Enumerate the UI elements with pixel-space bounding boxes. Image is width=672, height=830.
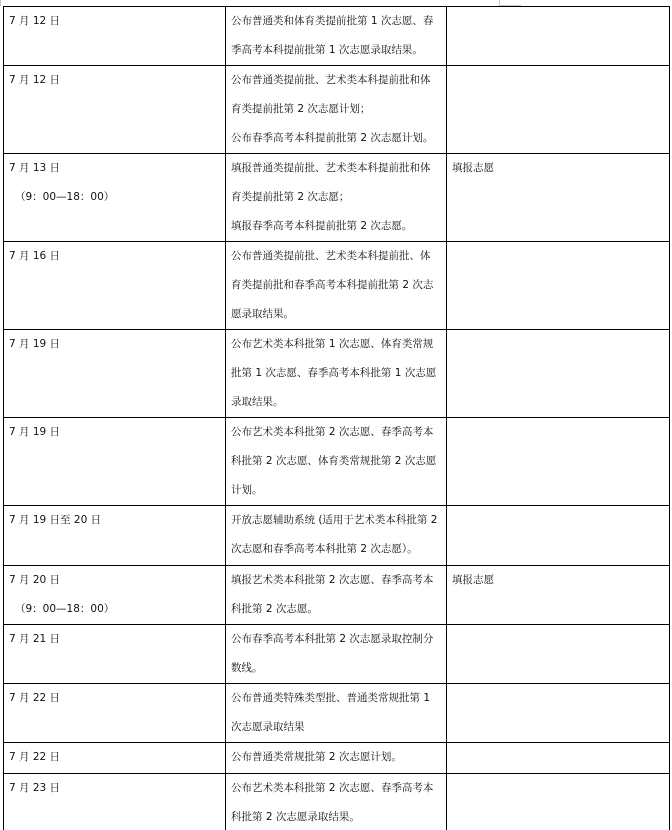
content-cell: 公布普通类常规批第 2 次志愿计划。: [226, 743, 447, 774]
note-text: 填报志愿: [452, 566, 664, 595]
date-text: 7 月 19 日: [9, 330, 220, 359]
date-cell: 7 月 23 日: [4, 774, 226, 830]
date-text: 7 月 13 日: [9, 154, 220, 183]
note-cell: [447, 330, 670, 418]
content-line: 公布艺术类本科批第 1 次志愿、体育类常规: [231, 330, 441, 359]
content-line: 公布普通类特殊类型批、普通类常规批第 1: [231, 684, 441, 713]
note-cell: [447, 506, 670, 566]
note-cell: [447, 242, 670, 330]
note-cell: [447, 743, 670, 774]
table-row: 7 月 23 日公布艺术类本科批第 2 次志愿、春季高考本科批第 2 次志愿录取…: [4, 774, 670, 830]
date-text: 7 月 12 日: [9, 66, 220, 95]
content-line: 育类提前批第 2 次志愿计划；: [231, 95, 441, 124]
table-row: 7 月 12 日公布普通类提前批、艺术类本科提前批和体育类提前批第 2 次志愿计…: [4, 66, 670, 154]
note-cell: 填报志愿: [447, 154, 670, 242]
date-text: 7 月 16 日: [9, 242, 220, 271]
content-line: 填报艺术类本科批第 2 次志愿、春季高考本: [231, 566, 441, 595]
content-line: 育类提前批和春季高考本科提前批第 2 次志: [231, 271, 441, 300]
date-text: 7 月 23 日: [9, 774, 220, 803]
table-row: 7 月 21 日公布春季高考本科批第 2 次志愿录取控制分数线。: [4, 625, 670, 684]
content-cell: 公布艺术类本科批第 2 次志愿、春季高考本科批第 2 次志愿录取结果。: [226, 774, 447, 830]
content-line: 季高考本科提前批第 1 次志愿录取结果。: [231, 36, 441, 65]
date-cell: 7 月 13 日（9：00—18：00）: [4, 154, 226, 242]
content-line: 公布春季高考本科提前批第 2 次志愿计划。: [231, 124, 441, 153]
content-cell: 公布普通类提前批、艺术类本科提前批、体育类提前批和春季高考本科提前批第 2 次志…: [226, 242, 447, 330]
content-cell: 公布普通类特殊类型批、普通类常规批第 1次志愿录取结果: [226, 684, 447, 743]
date-text: 7 月 21 日: [9, 625, 220, 654]
note-cell: [447, 66, 670, 154]
content-line: 公布春季高考本科批第 2 次志愿录取控制分: [231, 625, 441, 654]
date-cell: 7 月 19 日至 20 日: [4, 506, 226, 566]
note-cell: [447, 684, 670, 743]
table-row: 7 月 12 日公布普通类和体育类提前批第 1 次志愿、春季高考本科提前批第 1…: [4, 7, 670, 66]
content-line: 公布艺术类本科批第 2 次志愿、春季高考本: [231, 774, 441, 803]
content-line: 公布普通类和体育类提前批第 1 次志愿、春: [231, 7, 441, 36]
table-row: 7 月 22 日公布普通类常规批第 2 次志愿计划。: [4, 743, 670, 774]
date-cell: 7 月 22 日: [4, 684, 226, 743]
date-cell: 7 月 20 日（9：00—18：00）: [4, 566, 226, 625]
content-cell: 公布艺术类本科批第 2 次志愿、春季高考本科批第 2 次志愿、体育类常规批第 2…: [226, 418, 447, 506]
content-line: 科批第 2 次志愿录取结果。: [231, 803, 441, 830]
table-row: 7 月 16 日公布普通类提前批、艺术类本科提前批、体育类提前批和春季高考本科提…: [4, 242, 670, 330]
content-cell: 公布春季高考本科批第 2 次志愿录取控制分数线。: [226, 625, 447, 684]
content-line: 计划。: [231, 476, 441, 505]
content-line: 育类提前批第 2 次志愿；: [231, 183, 441, 212]
content-line: 公布普通类提前批、艺术类本科提前批、体: [231, 242, 441, 271]
date-cell: 7 月 12 日: [4, 7, 226, 66]
table-row: 7 月 20 日（9：00—18：00）填报艺术类本科批第 2 次志愿、春季高考…: [4, 566, 670, 625]
note-text: 填报志愿: [452, 154, 664, 183]
date-text: 7 月 19 日: [9, 418, 220, 447]
content-cell: 公布普通类提前批、艺术类本科提前批和体育类提前批第 2 次志愿计划；公布春季高考…: [226, 66, 447, 154]
table-body: 7 月 12 日公布普通类和体育类提前批第 1 次志愿、春季高考本科提前批第 1…: [4, 7, 670, 830]
content-line: 愿录取结果。: [231, 300, 441, 329]
content-line: 批第 1 次志愿、春季高考本科批第 1 次志愿: [231, 359, 441, 388]
content-line: 科批第 2 次志愿、体育类常规批第 2 次志愿: [231, 447, 441, 476]
table-row: 7 月 22 日公布普通类特殊类型批、普通类常规批第 1次志愿录取结果: [4, 684, 670, 743]
date-text: 7 月 20 日: [9, 566, 220, 595]
date-cell: 7 月 19 日: [4, 418, 226, 506]
content-line: 录取结果。: [231, 388, 441, 417]
content-line: 数线。: [231, 654, 441, 683]
table-row: 7 月 19 日公布艺术类本科批第 2 次志愿、春季高考本科批第 2 次志愿、体…: [4, 418, 670, 506]
date-cell: 7 月 22 日: [4, 743, 226, 774]
content-cell: 公布普通类和体育类提前批第 1 次志愿、春季高考本科提前批第 1 次志愿录取结果…: [226, 7, 447, 66]
content-line: 公布普通类提前批、艺术类本科提前批和体: [231, 66, 441, 95]
date-text: 7 月 22 日: [9, 743, 220, 772]
content-line: 公布艺术类本科批第 2 次志愿、春季高考本: [231, 418, 441, 447]
table-row: 7 月 19 日至 20 日开放志愿辅助系统 (适用于艺术类本科批第 2次志愿和…: [4, 506, 670, 566]
content-line: 开放志愿辅助系统 (适用于艺术类本科批第 2: [231, 506, 441, 535]
date-text: 7 月 22 日: [9, 684, 220, 713]
content-line: 科批第 2 次志愿。: [231, 595, 441, 624]
content-line: 次志愿和春季高考本科批第 2 次志愿）。: [231, 535, 441, 564]
date-cell: 7 月 19 日: [4, 330, 226, 418]
content-line: 填报春季高考本科提前批第 2 次志愿。: [231, 212, 441, 241]
note-cell: [447, 418, 670, 506]
date-cell: 7 月 21 日: [4, 625, 226, 684]
content-cell: 填报艺术类本科批第 2 次志愿、春季高考本科批第 2 次志愿。: [226, 566, 447, 625]
note-cell: [447, 774, 670, 830]
time-range-text: （9：00—18：00）: [9, 595, 220, 624]
date-text: 7 月 12 日: [9, 7, 220, 36]
time-range-text: （9：00—18：00）: [9, 183, 220, 212]
note-cell: 填报志愿: [447, 566, 670, 625]
edge-mark: [0, 0, 1, 6]
date-cell: 7 月 16 日: [4, 242, 226, 330]
content-cell: 公布艺术类本科批第 1 次志愿、体育类常规批第 1 次志愿、春季高考本科批第 1…: [226, 330, 447, 418]
table-row: 7 月 13 日（9：00—18：00）填报普通类提前批、艺术类本科提前批和体育…: [4, 154, 670, 242]
note-cell: [447, 7, 670, 66]
content-line: 填报普通类提前批、艺术类本科提前批和体: [231, 154, 441, 183]
content-line: 次志愿录取结果: [231, 713, 441, 742]
table-row: 7 月 19 日公布艺术类本科批第 1 次志愿、体育类常规批第 1 次志愿、春季…: [4, 330, 670, 418]
note-cell: [447, 625, 670, 684]
content-cell: 开放志愿辅助系统 (适用于艺术类本科批第 2次志愿和春季高考本科批第 2 次志愿…: [226, 506, 447, 566]
content-line: 公布普通类常规批第 2 次志愿计划。: [231, 743, 441, 772]
content-cell: 填报普通类提前批、艺术类本科提前批和体育类提前批第 2 次志愿；填报春季高考本科…: [226, 154, 447, 242]
date-cell: 7 月 12 日: [4, 66, 226, 154]
date-text: 7 月 19 日至 20 日: [9, 506, 220, 535]
admission-schedule-table: 7 月 12 日公布普通类和体育类提前批第 1 次志愿、春季高考本科提前批第 1…: [3, 6, 670, 830]
